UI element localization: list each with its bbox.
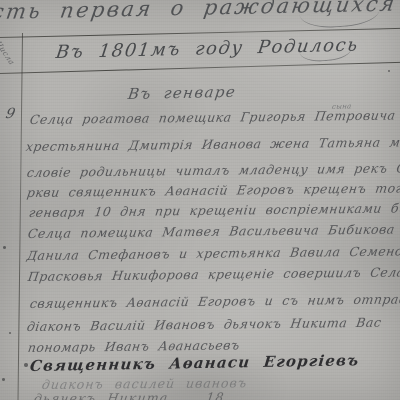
entry-line: діаконъ Василій Ивановъ дьячокъ Никита В… [26,315,383,334]
entry-line: Данила Стефановъ и хрестьянка Вавила Сем… [26,243,400,263]
ink-speck [9,332,11,334]
entry-number: 9 [4,106,16,122]
ruled-line-under-year [0,62,400,74]
margin-rule [18,33,23,400]
manuscript-page: сть первая о раждающихся Числа 9 Въ 1801… [0,0,400,400]
ink-speck [24,363,28,367]
signature-sexton: дьячекъ Никита ... 18 [33,390,226,400]
entry-line: ркви священникъ Аѳанасій Егоровъ крещенъ… [26,180,400,200]
entry-line: генваря 10 дня при крещеніи воспріемника… [28,200,400,220]
signature-priest: Священникъ Аѳанаси Егоргіевъ [29,351,360,375]
month-heading: Въ генваре [127,83,238,103]
entry-line: Селца рогатова помещика Григорья Петрови… [29,107,400,127]
entry-line: пономарь Иванъ Аѳанасьевъ [27,337,241,355]
entry-line: священникъ Аѳанасій Егоровъ и съ нимъ от… [29,291,400,311]
margin-column-label: Числа [0,40,17,66]
entry-line: Прасковья Никифорова крещеніе совершилъ … [27,264,400,284]
entry-line: хрестьянина Дмитрія Иванова жена Татьяна… [25,134,400,154]
entry-line: словіе родильницы читалъ младенцу имя ре… [26,160,400,180]
entry-line: Селца помещика Матвея Васильевича Бибико… [27,221,400,241]
ink-speck [3,246,6,249]
ink-speck [388,70,390,72]
ink-speck [2,378,5,381]
